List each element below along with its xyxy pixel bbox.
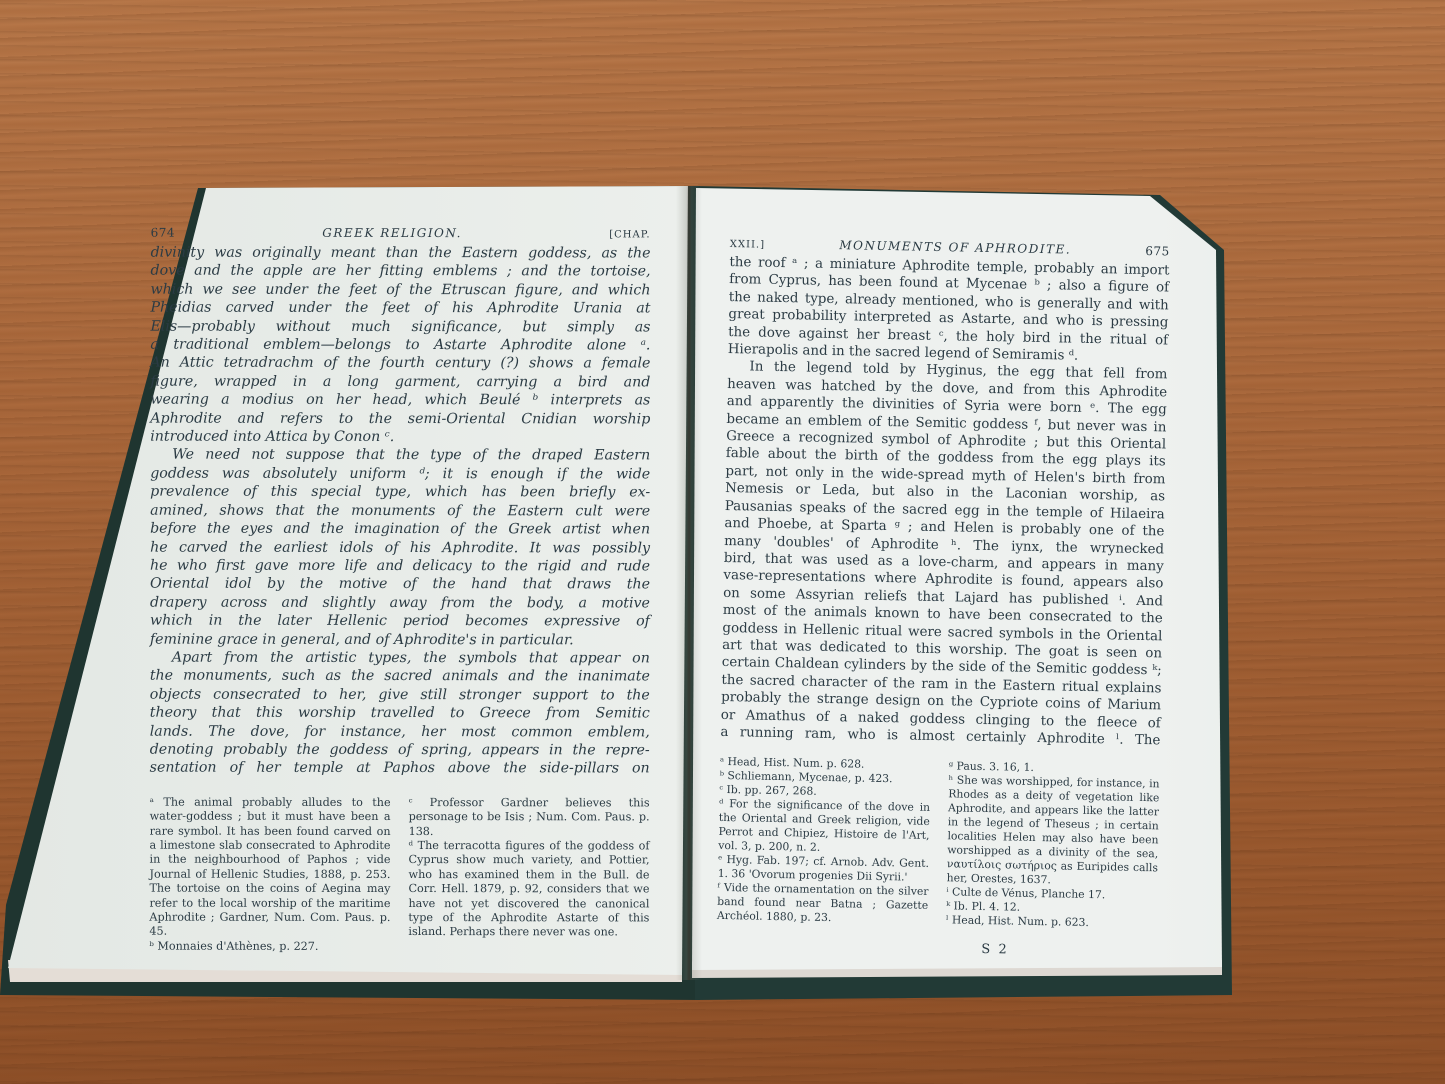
page-number: 674 xyxy=(151,226,175,240)
footnote: ᵉ Hyg. Fab. 197; cf. Arnob. Adv. Gent. 1… xyxy=(718,853,929,885)
chapter-marker: XXII.] xyxy=(730,239,765,251)
text-line: lands. The dove, for instance, her most … xyxy=(150,722,650,741)
text-line: drapery across and slightly away from th… xyxy=(150,593,650,612)
text-line: objects consecrated to her, give still s… xyxy=(150,685,650,704)
footnote: ᶜ Professor Gardner believes this person… xyxy=(409,796,650,840)
text-line: he carved the earliest idols of his Aphr… xyxy=(150,538,650,557)
footnote-column: ᵃ The animal probably alludes to the wat… xyxy=(149,795,390,954)
text-line: Oriental idol by the motive of the hand … xyxy=(150,575,650,594)
text-line: We need not suppose that the type of the… xyxy=(150,446,650,465)
right-page: XXII.] MONUMENTS OF APHRODITE. 675 the r… xyxy=(716,236,1170,961)
footnote-column: ᶜ Professor Gardner believes this person… xyxy=(408,796,649,955)
text-line: theory that this worship travelled to Gr… xyxy=(150,704,650,723)
book-gutter xyxy=(676,186,702,980)
footnote: ᵈ The terracotta figures of the goddess … xyxy=(408,839,649,940)
left-running-head: 674 GREEK RELIGION. [CHAP. xyxy=(151,226,651,241)
text-line: a traditional emblem—belongs to Astarte … xyxy=(150,336,650,355)
footnote: ˡ Head, Hist. Num. p. 623. xyxy=(946,914,1157,932)
text-line: Pheidias carved under the feet of his Ap… xyxy=(150,299,650,318)
right-footnotes: ᵃ Head, Hist. Num. p. 628. ᵇ Schliemann,… xyxy=(717,755,1160,931)
text-line: feminine grace in general, and of Aphrod… xyxy=(150,630,650,649)
footnote-column: ᵃ Head, Hist. Num. p. 628. ᵇ Schliemann,… xyxy=(717,755,931,927)
left-body-text: divinity was originally meant than the E… xyxy=(150,244,651,779)
text-line: prevalence of this special type, which h… xyxy=(150,483,650,502)
footnote: ᵃ The animal probably alludes to the wat… xyxy=(149,795,390,939)
footnote: ʰ She was worshipped, for instance, in R… xyxy=(947,774,1160,890)
wooden-table: 674 GREEK RELIGION. [CHAP. divinity was … xyxy=(0,0,1445,1084)
text-line: Elis—probably without much significance,… xyxy=(150,317,650,336)
text-line: figure, wrapped in a long garment, carry… xyxy=(150,372,650,391)
text-line: before the eyes and the imagination of t… xyxy=(150,520,650,539)
footnote: ᵇ Monnaies d'Athènes, p. 227. xyxy=(149,939,390,954)
chapter-marker: [CHAP. xyxy=(609,229,650,240)
text-line: introduced into Attica by Conon ᶜ. xyxy=(150,428,650,447)
footnote-column: ᵍ Paus. 3. 16, 1. ʰ She was worshipped, … xyxy=(946,760,1160,932)
text-line: the monuments, such as the sacred animal… xyxy=(150,667,650,686)
text-line: amined, shows that the monuments of the … xyxy=(150,501,650,520)
text-line: An Attic tetradrachm of the fourth centu… xyxy=(150,354,650,373)
running-title: GREEK RELIGION. xyxy=(322,226,462,240)
text-line: sentation of her temple at Paphos above … xyxy=(150,759,650,778)
text-line: dove and the apple are her fitting emble… xyxy=(151,262,651,281)
text-line: Aphrodite and refers to the semi-Orienta… xyxy=(150,409,650,428)
text-line: divinity was originally meant than the E… xyxy=(151,244,651,263)
text-line: denoting probably the goddess of spring,… xyxy=(150,741,650,760)
page-number: 675 xyxy=(1145,244,1170,258)
text-line: which in the later Hellenic period becom… xyxy=(150,612,650,631)
text-line: which we see under the feet of the Etrus… xyxy=(151,280,651,299)
text-line: Apart from the artistic types, the symbo… xyxy=(150,649,650,668)
text-line: he who first gave more life and delicacy… xyxy=(150,556,650,575)
left-page: 674 GREEK RELIGION. [CHAP. divinity was … xyxy=(149,226,650,955)
footnote: ᵈ For the significance of the dove in th… xyxy=(718,797,930,857)
left-footnotes: ᵃ The animal probably alludes to the wat… xyxy=(149,795,649,954)
footnote: ᶠ Vide the ornamentation on the silver b… xyxy=(717,881,929,927)
text-line: wearing a modius on her head, which Beul… xyxy=(150,391,650,410)
text-line: goddess was absolutely uniform ᵈ; it is … xyxy=(150,464,650,483)
right-body-text: the roof ᵃ ; a miniature Aphrodite templ… xyxy=(720,254,1169,750)
